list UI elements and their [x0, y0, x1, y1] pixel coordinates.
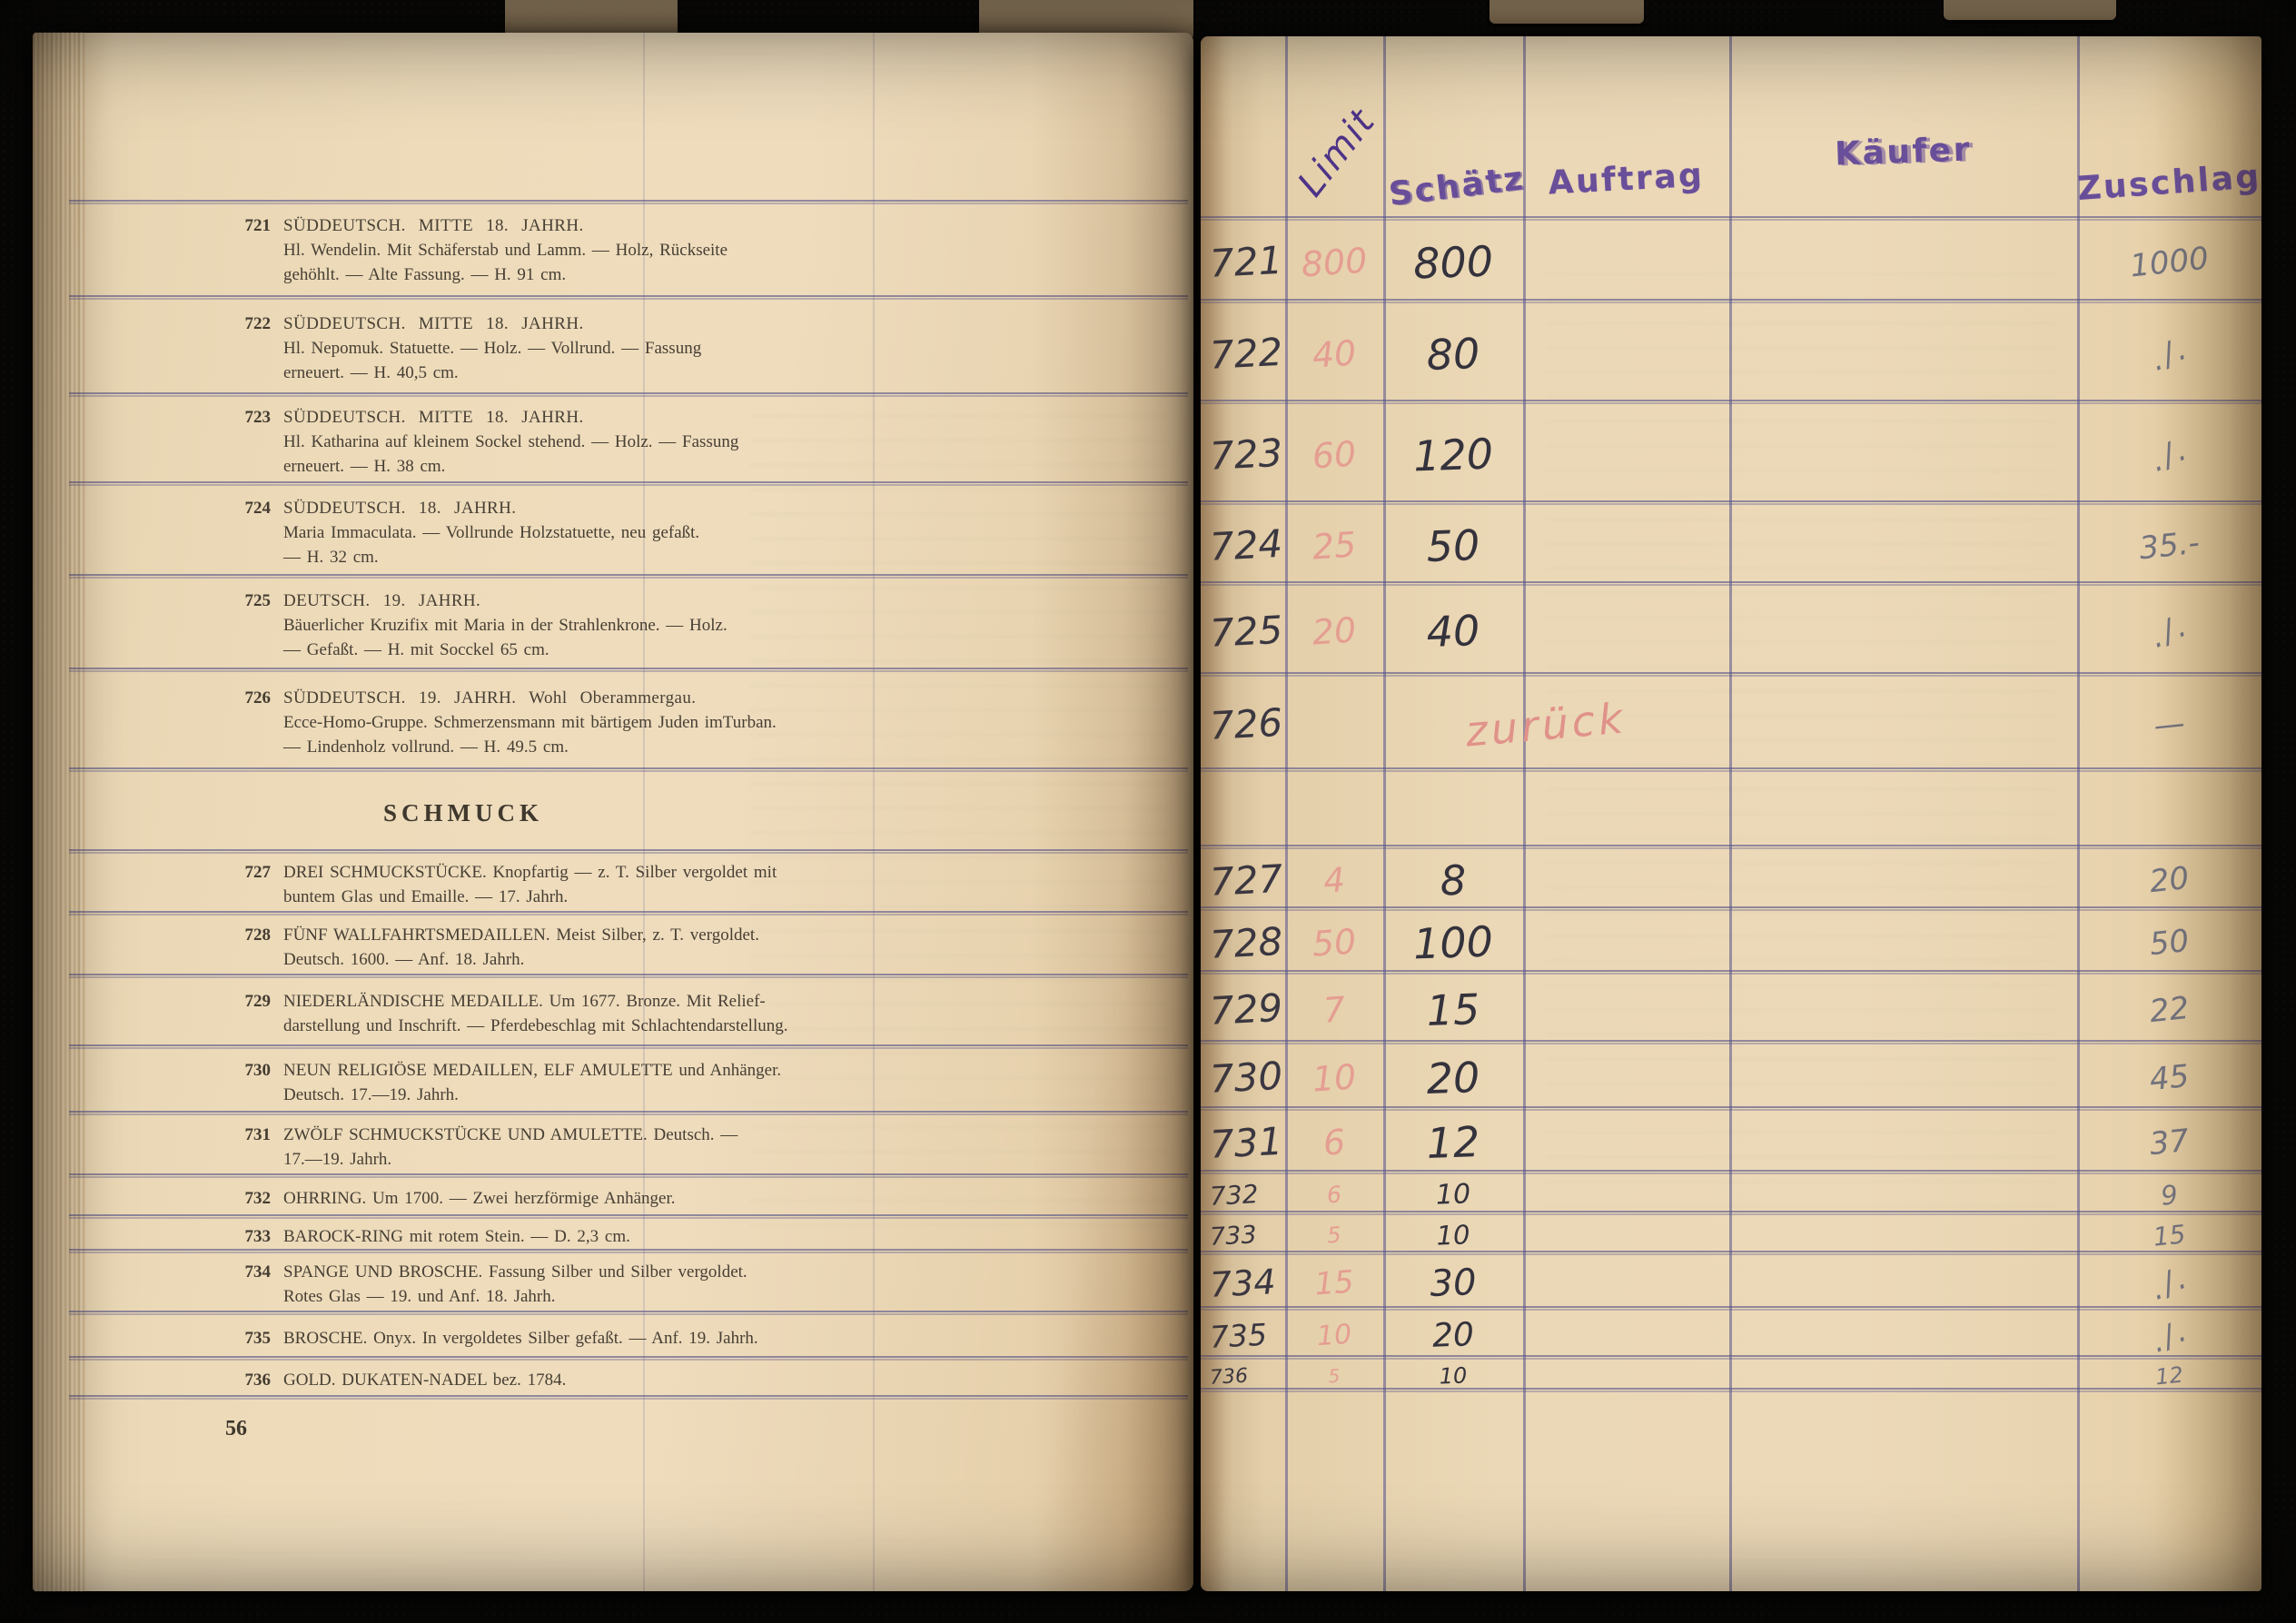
catalog-entry: 721SÜDDEUTSCH. MITTE 18. JAHRH.Hl. Wende…: [33, 200, 1193, 300]
entry-number: 728: [227, 923, 271, 947]
entry-content: 736GOLD. DUKATEN-NADEL bez. 1784.: [227, 1368, 566, 1392]
section-heading: SCHMUCK: [227, 799, 699, 827]
entry-line: Hl. Katharina auf kleinem Sockel stehend…: [283, 430, 738, 454]
entry-line: SÜDDEUTSCH. 18. JAHRH.: [283, 496, 699, 520]
limit-value: 10: [1283, 1307, 1385, 1362]
estimate-value: 8: [1382, 846, 1524, 913]
ledger-row: 7224080./.: [1201, 303, 2261, 404]
entry-text: NEUN RELIGIÖSE MEDAILLEN, ELF AMULETTE u…: [283, 1058, 781, 1107]
page-left: 721SÜDDEUTSCH. MITTE 18. JAHRH.Hl. Wende…: [33, 33, 1193, 1591]
ledger-row: 7252040./.: [1201, 586, 2261, 677]
estimate-value: 50: [1381, 502, 1524, 588]
entry-line: BAROCK-RING mit rotem Stein. — D. 2,3 cm…: [283, 1224, 630, 1249]
entry-number: 725: [227, 589, 271, 613]
entry-number: 721: [227, 213, 271, 238]
estimate-value: 10: [1382, 1172, 1523, 1217]
entry-text: OHRRING. Um 1700. — Zwei herzförmige Anh…: [283, 1186, 676, 1211]
ledger-row: 726zurück—: [1201, 677, 2261, 772]
entry-text: SÜDDEUTSCH. MITTE 18. JAHRH.Hl. Katharin…: [283, 405, 738, 479]
limit-value: 800: [1282, 217, 1386, 306]
ledger-row: 724255035.-: [1201, 505, 2261, 586]
entry-line: buntem Glas und Emaille. — 17. Jahrh.: [283, 885, 777, 909]
entry-text: GOLD. DUKATEN-NADEL bez. 1784.: [283, 1368, 566, 1392]
catalog-entry: 723SÜDDEUTSCH. MITTE 18. JAHRH.Hl. Katha…: [33, 397, 1193, 486]
entry-content: 722SÜDDEUTSCH. MITTE 18. JAHRH.Hl. Nepom…: [227, 312, 701, 385]
entry-content: 724SÜDDEUTSCH. 18. JAHRH.Maria Immaculat…: [227, 496, 699, 569]
item-number-handwritten: 730: [1199, 1043, 1287, 1113]
entry-text: SÜDDEUTSCH. MITTE 18. JAHRH.Hl. Nepomuk.…: [283, 312, 701, 385]
entry-line: FÜNF WALLFAHRTSMEDAILLEN. Meist Silber, …: [283, 923, 759, 947]
page-number: 56: [225, 1417, 247, 1441]
entry-number: 735: [227, 1326, 271, 1351]
ledger-row: 7285010050: [1201, 911, 2261, 975]
catalog-rows: 721SÜDDEUTSCH. MITTE 18. JAHRH.Hl. Wende…: [33, 200, 1193, 1400]
catalog-entry: 731ZWÖLF SCHMUCKSTÜCKE UND AMULETTE. Deu…: [33, 1115, 1193, 1178]
item-number-handwritten: 733: [1200, 1213, 1286, 1258]
entry-content: 727DREI SCHMUCKSTÜCKE. Knopfartig — z. T…: [227, 860, 777, 909]
item-number-handwritten: 728: [1199, 909, 1287, 977]
entry-text: NIEDERLÄNDISCHE MEDAILLE. Um 1677. Bronz…: [283, 989, 787, 1038]
catalog-entry: 724SÜDDEUTSCH. 18. JAHRH.Maria Immaculat…: [33, 486, 1193, 579]
estimate-value: 10: [1382, 1357, 1523, 1394]
item-number-handwritten: 721: [1199, 219, 1288, 306]
entry-line: erneuert. — H. 40,5 cm.: [283, 361, 701, 385]
entry-number: 724: [227, 496, 271, 520]
catalog-entry: 732OHRRING. Um 1700. — Zwei herzförmige …: [33, 1178, 1193, 1219]
catalog-entry: 725DEUTSCH. 19. JAHRH.Bäuerlicher Kruzif…: [33, 579, 1193, 672]
entry-number: 733: [227, 1224, 271, 1249]
entry-number: 723: [227, 405, 271, 430]
item-number-handwritten: 729: [1199, 973, 1287, 1047]
estimate-value: 40: [1381, 583, 1524, 678]
limit-value: 5: [1284, 1356, 1384, 1395]
entry-number: 729: [227, 989, 271, 1014]
entry-line: — Gefaßt. — H. mit Socckel 65 cm.: [283, 638, 727, 662]
entry-content: 726SÜDDEUTSCH. 19. JAHRH. Wohl Oberammer…: [227, 686, 777, 759]
limit-value: 40: [1282, 300, 1386, 407]
entry-line: Deutsch. 1600. — Anf. 18. Jahrh.: [283, 947, 759, 972]
entry-number: 730: [227, 1058, 271, 1083]
ledger-row: 73351015: [1201, 1215, 2261, 1255]
ledger-row: 7341530./.: [1201, 1255, 2261, 1311]
entry-content: 735BROSCHE. Onyx. In vergoldetes Silber …: [227, 1326, 758, 1351]
item-number-handwritten: 734: [1199, 1253, 1286, 1313]
catalog-entry: 728FÜNF WALLFAHRTSMEDAILLEN. Meist Silbe…: [33, 915, 1193, 978]
estimate-value: 800: [1381, 218, 1524, 305]
entry-text: SÜDDEUTSCH. 19. JAHRH. Wohl Oberammergau…: [283, 686, 777, 759]
estimate-value: 80: [1381, 301, 1525, 406]
catalog-entry: 730NEUN RELIGIÖSE MEDAILLEN, ELF AMULETT…: [33, 1049, 1193, 1115]
entry-line: erneuert. — H. 38 cm.: [283, 454, 738, 479]
ledger-row: 7218008001000: [1201, 221, 2261, 303]
catalog-entry: 729NIEDERLÄNDISCHE MEDAILLE. Um 1677. Br…: [33, 978, 1193, 1049]
ledger-row: 73161237: [1201, 1111, 2261, 1174]
item-number-handwritten: 736: [1200, 1358, 1286, 1395]
limit-value: 6: [1284, 1171, 1385, 1218]
page-right: Limit Schätz Auftrag Käufer Zuschlag 721…: [1201, 36, 2261, 1591]
entry-line: DEUTSCH. 19. JAHRH.: [283, 589, 727, 613]
entry-line: SÜDDEUTSCH. 19. JAHRH. Wohl Oberammergau…: [283, 686, 777, 710]
ledger-row: 7351020./.: [1201, 1311, 2261, 1360]
catalog-entry: 736GOLD. DUKATEN-NADEL bez. 1784.: [33, 1361, 1193, 1400]
entry-content: 731ZWÖLF SCHMUCKSTÜCKE UND AMULETTE. Deu…: [227, 1123, 737, 1172]
catalog-entry: 735BROSCHE. Onyx. In vergoldetes Silber …: [33, 1315, 1193, 1361]
limit-value: 20: [1282, 582, 1387, 679]
entry-content: 732OHRRING. Um 1700. — Zwei herzförmige …: [227, 1186, 676, 1211]
ledger-row: 7274820: [1201, 849, 2261, 911]
entry-line: DREI SCHMUCKSTÜCKE. Knopfartig — z. T. S…: [283, 860, 777, 885]
ledger-row: 730102045: [1201, 1044, 2261, 1111]
limit-value: 5: [1284, 1212, 1385, 1258]
limit-value: 15: [1283, 1252, 1385, 1313]
entry-line: SÜDDEUTSCH. MITTE 18. JAHRH.: [283, 405, 738, 430]
item-number-handwritten: 727: [1199, 847, 1286, 914]
column-header-auftrag-stamp: Auftrag: [1521, 142, 1730, 216]
entry-content: 734SPANGE UND BROSCHE. Fassung Silber un…: [227, 1260, 747, 1309]
entry-line: OHRRING. Um 1700. — Zwei herzförmige Anh…: [283, 1186, 676, 1211]
estimate-value: 120: [1381, 401, 1525, 507]
entry-line: 17.—19. Jahrh.: [283, 1147, 737, 1172]
limit-value: 6: [1283, 1107, 1386, 1177]
column-header-kaeufer-stamp: Käufer: [1728, 114, 2078, 189]
entry-line: BROSCHE. Onyx. In vergoldetes Silber gef…: [283, 1326, 758, 1351]
page-edge-stub: [1489, 0, 1644, 24]
catalog-entry: 733BAROCK-RING mit rotem Stein. — D. 2,3…: [33, 1219, 1193, 1253]
entry-line: Rotes Glas — 19. und Anf. 18. Jahrh.: [283, 1284, 747, 1309]
estimate-value: 10: [1382, 1212, 1523, 1257]
ledger-rows: 72180080010007224080./.72360120./.724255…: [1201, 221, 2261, 1392]
limit-value: 4: [1283, 846, 1385, 914]
estimate-value: 100: [1382, 908, 1524, 976]
entry-line: SÜDDEUTSCH. MITTE 18. JAHRH.: [283, 312, 701, 336]
item-number-handwritten: 724: [1199, 503, 1288, 589]
entry-content: 721SÜDDEUTSCH. MITTE 18. JAHRH.Hl. Wende…: [227, 213, 727, 287]
catalog-entry: 722SÜDDEUTSCH. MITTE 18. JAHRH.Hl. Nepom…: [33, 300, 1193, 397]
estimate-value: 30: [1382, 1252, 1524, 1312]
entry-content: 723SÜDDEUTSCH. MITTE 18. JAHRH.Hl. Katha…: [227, 405, 738, 479]
entry-number: 727: [227, 860, 271, 885]
estimate-value: 12: [1382, 1108, 1524, 1176]
entry-text: FÜNF WALLFAHRTSMEDAILLEN. Meist Silber, …: [283, 923, 759, 972]
entry-line: Maria Immaculata. — Vollrunde Holzstatue…: [283, 520, 699, 545]
catalog-entry: 734SPANGE UND BROSCHE. Fassung Silber un…: [33, 1253, 1193, 1315]
entry-line: darstellung und Inschrift. — Pferdebesch…: [283, 1014, 787, 1038]
entry-number: 726: [227, 686, 271, 710]
entry-text: DEUTSCH. 19. JAHRH.Bäuerlicher Kruzifix …: [283, 589, 727, 662]
entry-line: gehöhlt. — Alte Fassung. — H. 91 cm.: [283, 262, 727, 287]
catalog-entry: 727DREI SCHMUCKSTÜCKE. Knopfartig — z. T…: [33, 854, 1193, 915]
entry-number: 734: [227, 1260, 271, 1284]
entry-line: NEUN RELIGIÖSE MEDAILLEN, ELF AMULETTE u…: [283, 1058, 781, 1083]
limit-value: 7: [1282, 971, 1385, 1047]
entry-line: Hl. Wendelin. Mit Schäferstab und Lamm. …: [283, 238, 727, 262]
entry-number: 732: [227, 1186, 271, 1211]
entry-content: 730NEUN RELIGIÖSE MEDAILLEN, ELF AMULETT…: [227, 1058, 781, 1107]
entry-line: Deutsch. 17.—19. Jahrh.: [283, 1083, 781, 1107]
entry-content: 725DEUTSCH. 19. JAHRH.Bäuerlicher Kruzif…: [227, 589, 727, 662]
entry-line: SÜDDEUTSCH. MITTE 18. JAHRH.: [283, 213, 727, 238]
entry-line: NIEDERLÄNDISCHE MEDAILLE. Um 1677. Bronz…: [283, 989, 787, 1014]
page-edge-stub: [1944, 0, 2116, 20]
hammer-price: —: [2073, 668, 2266, 782]
item-number-handwritten: 726: [1198, 675, 1287, 775]
ledger-row: 72360120./.: [1201, 404, 2261, 505]
entry-line: Hl. Nepomuk. Statuette. — Holz. — Vollru…: [283, 336, 701, 361]
item-number-handwritten: 731: [1199, 1109, 1287, 1177]
entry-content: 728FÜNF WALLFAHRTSMEDAILLEN. Meist Silbe…: [227, 923, 759, 972]
entry-text: ZWÖLF SCHMUCKSTÜCKE UND AMULETTE. Deutsc…: [283, 1123, 737, 1172]
entry-content: 733BAROCK-RING mit rotem Stein. — D. 2,3…: [227, 1224, 630, 1249]
limit-value: 50: [1283, 907, 1386, 977]
entry-text: BAROCK-RING mit rotem Stein. — D. 2,3 cm…: [283, 1224, 630, 1249]
entry-number: 736: [227, 1368, 271, 1392]
estimate-value: 15: [1382, 972, 1525, 1046]
withdrawn-note: zurück: [1392, 664, 1699, 785]
estimate-value: 20: [1382, 1042, 1524, 1113]
entry-text: BROSCHE. Onyx. In vergoldetes Silber gef…: [283, 1326, 758, 1351]
entry-text: DREI SCHMUCKSTÜCKE. Knopfartig — z. T. S…: [283, 860, 777, 909]
item-number-handwritten: 723: [1198, 402, 1288, 508]
item-number-handwritten: 725: [1198, 584, 1287, 679]
entry-text: SÜDDEUTSCH. MITTE 18. JAHRH.Hl. Wendelin…: [283, 213, 727, 287]
item-number-handwritten: 735: [1200, 1309, 1287, 1362]
catalog-entry: 726SÜDDEUTSCH. 19. JAHRH. Wohl Oberammer…: [33, 672, 1193, 772]
column-header-zuschlag-stamp: Zuschlag: [2075, 144, 2263, 221]
entry-text: SÜDDEUTSCH. 18. JAHRH.Maria Immaculata. …: [283, 496, 699, 569]
ledger-row: 7326109: [1201, 1174, 2261, 1215]
limit-value: 25: [1282, 501, 1386, 589]
entry-line: — Lindenholz vollrund. — H. 49.5 cm.: [283, 735, 777, 759]
item-number-handwritten: 722: [1198, 302, 1288, 407]
ledger-row: 73651012: [1201, 1360, 2261, 1392]
entry-number: 731: [227, 1123, 271, 1147]
entry-line: SPANGE UND BROSCHE. Fassung Silber und S…: [283, 1260, 747, 1284]
ledger-spacer-row: [1201, 772, 2261, 849]
entry-number: 722: [227, 312, 271, 336]
limit-value: 10: [1283, 1041, 1386, 1113]
estimate-value: 20: [1382, 1308, 1524, 1361]
ledger-row: 72971522: [1201, 975, 2261, 1044]
entry-line: GOLD. DUKATEN-NADEL bez. 1784.: [283, 1368, 566, 1392]
entry-line: Bäuerlicher Kruzifix mit Maria in der St…: [283, 613, 727, 638]
page-edge-stub: [505, 0, 678, 36]
item-number-handwritten: 732: [1200, 1173, 1286, 1218]
entry-text: SPANGE UND BROSCHE. Fassung Silber und S…: [283, 1260, 747, 1309]
entry-line: ZWÖLF SCHMUCKSTÜCKE UND AMULETTE. Deutsc…: [283, 1123, 737, 1147]
section-row: SCHMUCK: [33, 772, 1193, 854]
entry-content: 729NIEDERLÄNDISCHE MEDAILLE. Um 1677. Br…: [227, 989, 787, 1038]
limit-value: 60: [1282, 401, 1386, 508]
entry-line: Ecce-Homo-Gruppe. Schmerzensmann mit bär…: [283, 710, 777, 735]
entry-line: — H. 32 cm.: [283, 545, 699, 569]
